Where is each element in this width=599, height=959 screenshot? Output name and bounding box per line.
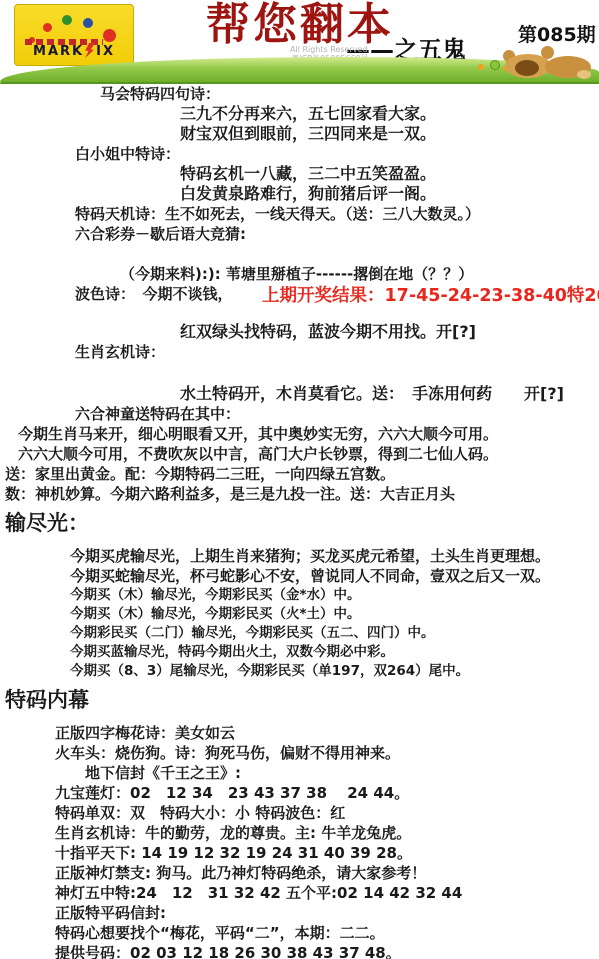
text-line: 三九不分再来六，五七回家看大家。 xyxy=(180,104,599,124)
text-line: 特码心想要找个“梅花，平码“二”，本期：二二。 xyxy=(55,923,599,943)
text-line: 今期买虎输尽光，上期生肖来猪狗；买龙买虎元希望，土头生肖更理想。 xyxy=(70,546,599,566)
text-line: 今期买蓝输尽光，特码今期出火土，双数今期必中彩。 xyxy=(70,643,599,662)
body-lines: 马会特码四句诗：三九不分再来六，五七回家看大家。财宝双但到眼前，三四同来是一双。… xyxy=(0,84,599,959)
text-line: 送：家里出黄金。配：今期特码二三旺，一向四绿五宫数。 xyxy=(5,464,599,484)
text-line: 六合神童送特码在其中： xyxy=(75,404,599,424)
text-line: 特码玄机一八藏，三二中五笑盈盈。 xyxy=(180,164,599,184)
bear-paw xyxy=(577,70,591,79)
text-line: 十指平天下: 14 19 12 32 19 24 31 40 39 28。 xyxy=(55,843,599,863)
page-header: MARKIX 帮您翻本 ——之五鬼 All Rights Reserved. 粤… xyxy=(0,0,599,84)
last-draw-result: 上期开奖结果：17-45-24-23-38-40特20 xyxy=(262,282,599,307)
text-line: 财宝双但到眼前，三四同来是一双。 xyxy=(180,124,599,144)
text-line: 今期生肖马来开，细心明眼看又开，其中奥妙实无穷，六六大顺今可用。 xyxy=(18,424,599,444)
logo-wordmark: MARKIX xyxy=(15,43,133,59)
lightning-bolt-icon xyxy=(85,43,95,58)
logo-word-right: IX xyxy=(96,44,115,59)
text-line: 生肖玄机诗： xyxy=(75,342,599,362)
flower-icon xyxy=(478,64,484,70)
mark-six-logo: MARKIX xyxy=(14,4,134,66)
text-line: （今期来料):): 苇塘里掰植子------撂倒在地（？？） xyxy=(120,264,599,284)
fineprint-line1: All Rights Reserved. xyxy=(208,45,452,54)
text-line: 正版神灯禁支: 狗马。此乃神灯特码绝杀，请大家参考！ xyxy=(55,863,599,883)
text-line: 正版特平码信封: xyxy=(55,903,599,923)
text-line: 白发黄泉路难行，狗前猪后评一阁。 xyxy=(180,184,599,204)
text-line: 九宝莲灯：02 12 34 23 43 37 38 24 44。 xyxy=(55,783,599,803)
logo-dot-icon xyxy=(62,15,72,25)
logo-dot-icon xyxy=(103,29,116,42)
text-line: 白小姐中特诗： xyxy=(75,144,599,164)
logo-dot-icon xyxy=(83,18,93,28)
text-line: 今期买蛇输尽光，杯弓蛇影心不安，曾说同人不同命，壹双之后又一双。 xyxy=(70,566,599,586)
logo-word-left: MARK xyxy=(33,44,84,59)
text-line: 六六大顺今可用，不费吹灰以中言，高门大户长钞票，得到二七仙人码。 xyxy=(18,444,599,464)
text-line: 提供号码：02 03 12 18 26 30 38 43 37 48。 xyxy=(55,943,599,959)
text-line: 今期买（木）输尽光，今期彩民买（火*土）中。 xyxy=(70,605,599,624)
text-line: 今期买（8、3）尾输尽光，今期彩民买（单197，双264）尾中。 xyxy=(70,662,599,681)
text-line: 红双绿头找特码，蓝波今期不用找。开[?] xyxy=(180,322,599,342)
text-line: 特码内幕 xyxy=(5,687,599,713)
text-line: 马会特码四句诗： xyxy=(100,84,599,104)
text-line: 特码天机诗：生不如死去，一线天得天。（送：三八大数灵。） xyxy=(75,204,599,224)
logo-dot-icon xyxy=(43,23,52,32)
text-line: 神灯五中特:24 12 31 32 42 五个平:02 14 42 32 44 xyxy=(55,883,599,903)
text-line: 今期彩民买（二门）输尽光，今期彩民买（五二、四门）中。 xyxy=(70,624,599,643)
text-line: 今期买（木）输尽光，今期彩民买（金*水）中。 xyxy=(70,586,599,605)
body-text: 马会特码四句诗：三九不分再来六，五七回家看大家。财宝双但到眼前，三四同来是一双。… xyxy=(0,84,599,959)
text-line: 生肖玄机诗：牛的勤劳，龙的尊贵。主: 牛羊龙兔虎。 xyxy=(55,823,599,843)
text-line: 火车头：烧伤狗。诗：狗死马伤，偏财不得用神来。 xyxy=(55,743,599,763)
text-line: 数：神机妙算。今期六路利益多，是三是九投一注。送：大吉正月头 xyxy=(5,484,599,504)
text-line: 六合彩券－歇后语大竞猜: xyxy=(75,224,599,244)
text-line: 水土特码开，木肖莫看它。送： 手冻用何药 开[?] xyxy=(180,384,599,404)
flower-icon xyxy=(490,60,500,70)
text-line: 正版四字梅花诗：美女如云 xyxy=(55,723,599,743)
bear-face xyxy=(515,60,539,76)
teddy-bear-image xyxy=(501,36,593,80)
text-line: 特码单双：双 特码大小：小 特码波色：红 xyxy=(55,803,599,823)
text-line: 地下信封《千王之王》: xyxy=(85,763,599,783)
text-line: 输尽光： xyxy=(5,510,599,536)
